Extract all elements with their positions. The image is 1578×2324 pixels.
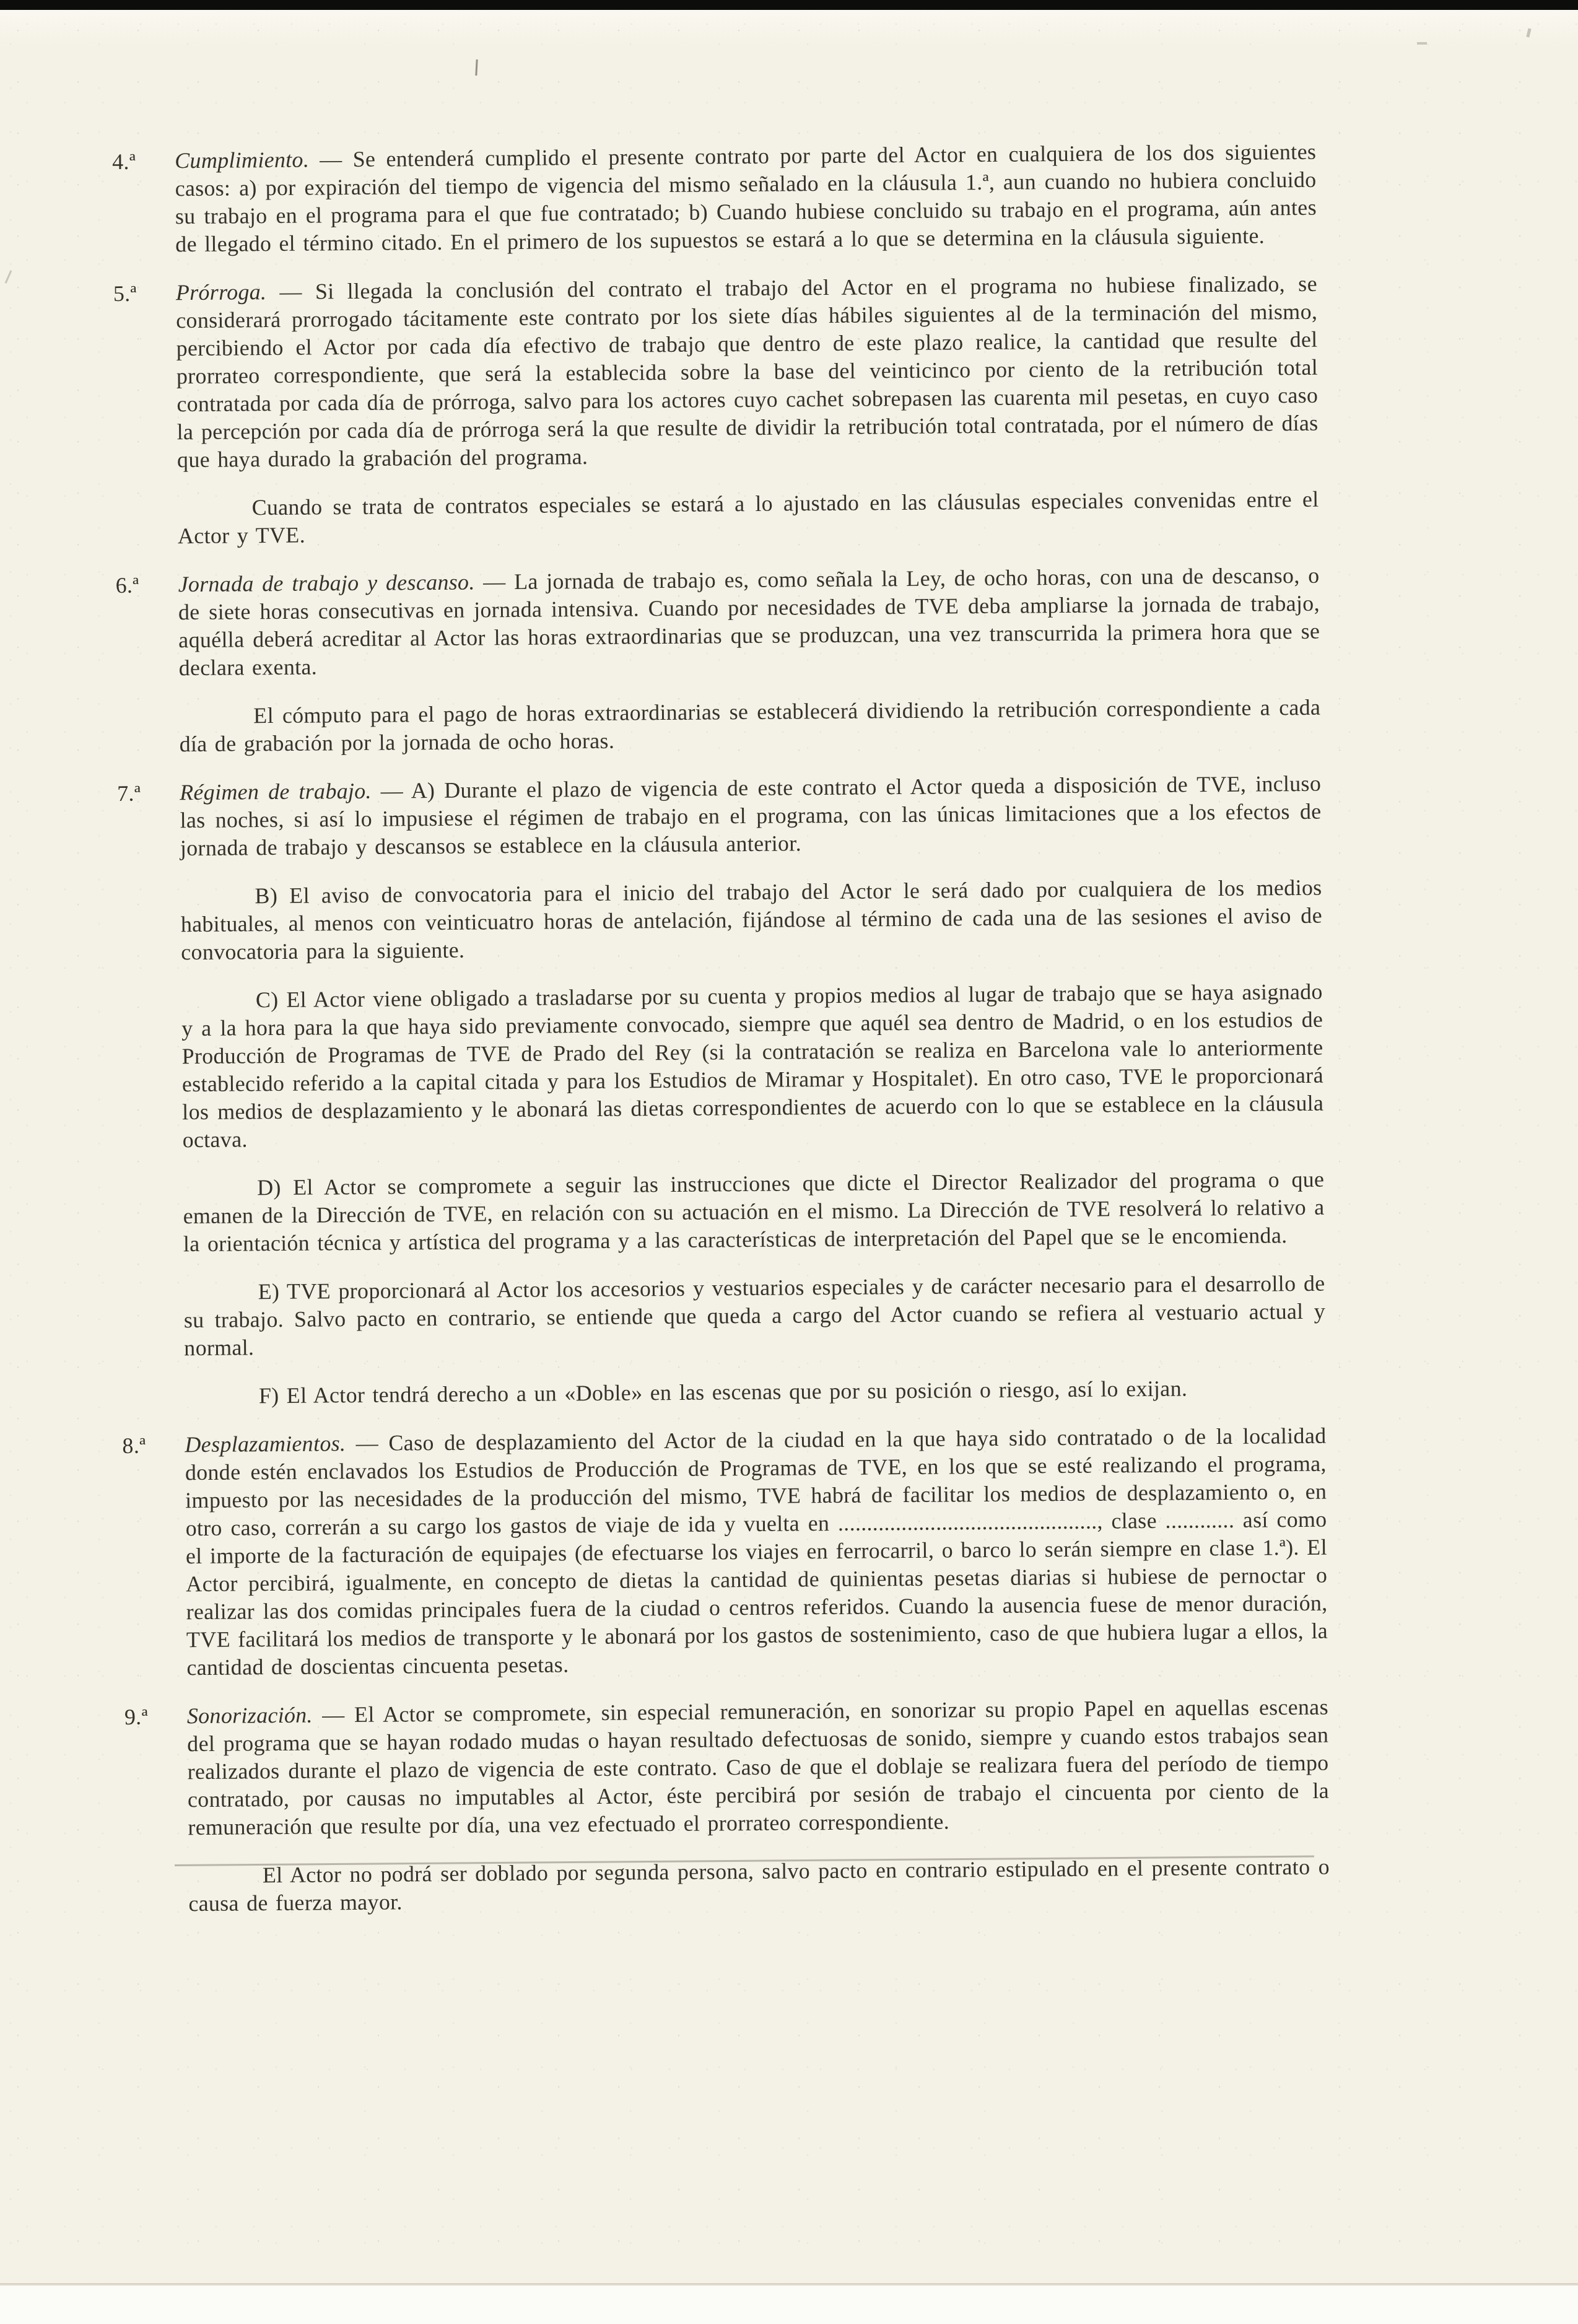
clause-lead-paragraph: Desplazamientos. — Caso de desplazamient… [185, 1422, 1328, 1682]
contract-clause: 6.ª Jornada de trabajo y descanso. — La … [178, 562, 1320, 758]
clause-title: Desplazamientos. [185, 1431, 346, 1457]
clause-dash: — [322, 1702, 345, 1727]
clause-dash: — [320, 147, 342, 172]
contract-clause: 4.ª Cumplimiento. — Se entenderá cumplid… [175, 138, 1317, 258]
clause-title: Régimen de trabajo. [180, 779, 372, 805]
clause-number: 9.ª [124, 1703, 181, 1731]
clause-title: Cumplimiento. [175, 147, 309, 173]
contract-clause: 9.ª Sonorización. — El Actor se comprome… [187, 1693, 1330, 1918]
clause-body: Régimen de trabajo. — A) Durante el plaz… [180, 770, 1326, 1410]
clause-lead-paragraph: Sonorización. — El Actor se compromete, … [187, 1693, 1330, 1841]
clause-text: Si llegada la conclusión del contrato el… [176, 271, 1319, 472]
clause-lead-paragraph: Prórroga. — Si llegada la conclusión del… [176, 270, 1319, 474]
scan-artifact [1526, 28, 1531, 38]
contract-clauses: 4.ª Cumplimiento. — Se entenderá cumplid… [175, 138, 1330, 1918]
clause-text: Caso de desplazamiento del Actor de la c… [185, 1423, 1328, 1680]
clause-dash: — [483, 569, 506, 594]
clause-text: El Actor se compromete, sin especial rem… [187, 1695, 1329, 1840]
scan-artifact [5, 270, 12, 283]
clause-number: 4.ª [112, 147, 169, 176]
scan-artifact [475, 59, 477, 76]
clause-title: Jornada de trabajo y descanso. [178, 569, 474, 596]
paper-sheet: 4.ª Cumplimiento. — Se entenderá cumplid… [0, 10, 1578, 2284]
clause-body: Jornada de trabajo y descanso. — La jorn… [178, 562, 1320, 758]
contract-clause: 5.ª Prórroga. — Si llegada la conclusión… [176, 270, 1319, 550]
clause-title: Sonorización. [187, 1703, 313, 1729]
clause-paragraph: Cuando se trata de contratos especiales … [177, 486, 1319, 550]
clause-paragraph: B) El aviso de convocatoria para el inic… [180, 874, 1322, 966]
clause-title: Prórroga. [176, 279, 267, 305]
scanner-edge-bar [0, 0, 1578, 10]
clause-paragraph: C) El Actor viene obligado a trasladarse… [181, 978, 1324, 1154]
clause-lead-paragraph: Jornada de trabajo y descanso. — La jorn… [178, 562, 1320, 682]
clause-paragraph: E) TVE proporcionará al Actor los acceso… [183, 1270, 1325, 1362]
clause-number: 5.ª [113, 279, 170, 308]
clause-dash: — [356, 1431, 379, 1456]
clause-number: 8.ª [122, 1431, 179, 1460]
clause-lead-paragraph: Régimen de trabajo. — A) Durante el plaz… [180, 770, 1322, 862]
clause-dash: — [380, 778, 403, 803]
clause-lead-paragraph: Cumplimiento. — Se entenderá cumplido el… [175, 138, 1317, 258]
contract-clause: 7.ª Régimen de trabajo. — A) Durante el … [180, 770, 1326, 1410]
clause-text: Se entenderá cumplido el presente contra… [175, 139, 1317, 256]
clause-paragraph: D) El Actor se compromete a seguir las i… [183, 1166, 1325, 1258]
clause-body: Cumplimiento. — Se entenderá cumplido el… [175, 138, 1317, 258]
clause-paragraph: F) El Actor tendrá derecho a un «Doble» … [185, 1374, 1326, 1410]
clause-body: Sonorización. — El Actor se compromete, … [187, 1693, 1330, 1918]
clause-number: 7.ª [117, 779, 174, 808]
scanned-contract-page: 4.ª Cumplimiento. — Se entenderá cumplid… [0, 0, 1578, 2324]
contract-clause: 8.ª Desplazamientos. — Caso de desplazam… [185, 1422, 1328, 1682]
clause-dash: — [279, 279, 302, 304]
scan-artifact [1417, 42, 1427, 45]
clause-body: Desplazamientos. — Caso de desplazamient… [185, 1422, 1328, 1682]
clause-number: 6.ª [115, 571, 172, 600]
clause-paragraph: El cómputo para el pago de horas extraor… [179, 694, 1321, 758]
paper-bottom-edge [0, 2283, 1578, 2286]
clause-body: Prórroga. — Si llegada la conclusión del… [176, 270, 1319, 550]
